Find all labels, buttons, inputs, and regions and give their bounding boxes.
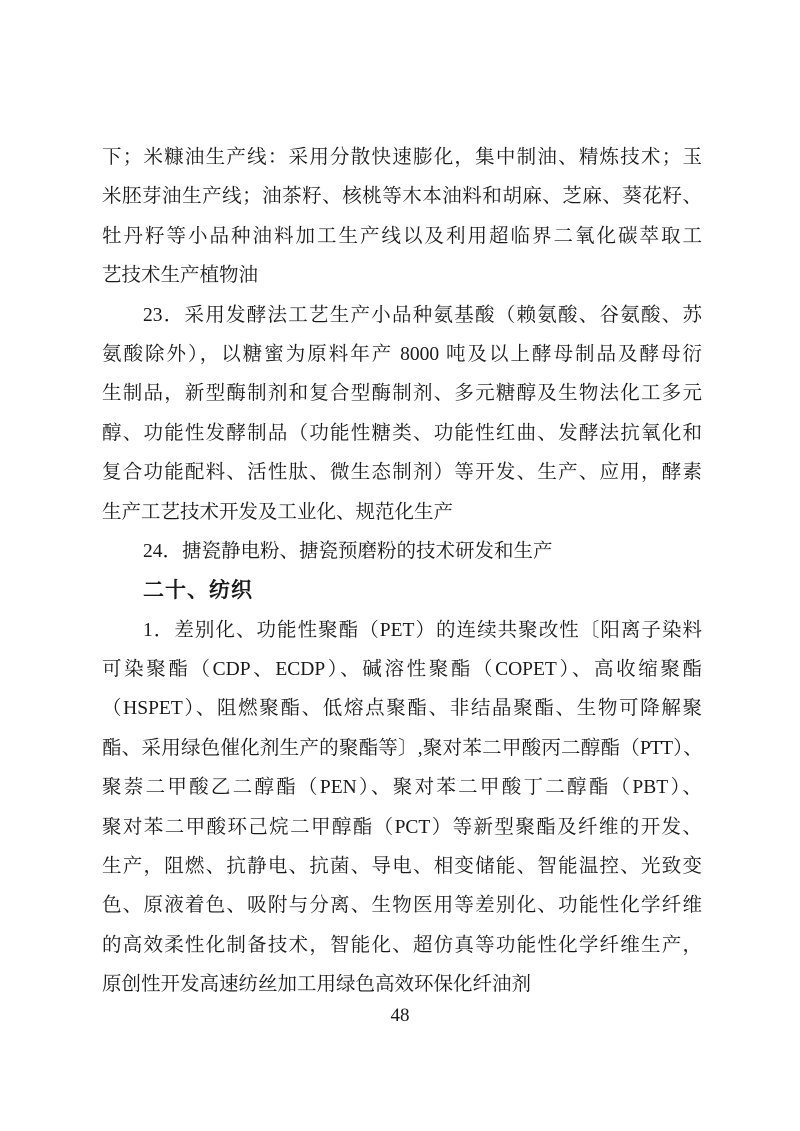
text-line: 米胚芽油生产线；油茶籽、核桃等木本油料和胡麻、芝麻、葵花籽、 xyxy=(102,177,702,216)
text-line: 生产工艺技术开发及工业化、规范化生产 xyxy=(102,493,702,532)
text-line: 醇、功能性发酵制品（功能性糖类、功能性红曲、发酵法抗氧化和 xyxy=(102,414,702,453)
text-line: 酯、采用绿色催化剂生产的聚酯等〕,聚对苯二甲酸丙二醇酯（PTT）、 xyxy=(102,729,702,768)
text-line: 原创性开发高速纺丝加工用绿色高效环保化纤油剂 xyxy=(102,965,702,1004)
text-line: 下；米糠油生产线：采用分散快速膨化，集中制油、精炼技术；玉 xyxy=(102,138,702,177)
text-line: 艺技术生产植物油 xyxy=(102,256,702,295)
paragraph-1-start: 1．差别化、功能性聚酯（PET）的连续共聚改性〔阳离子染料 xyxy=(102,611,702,650)
text-line: 复合功能配料、活性肽、微生态制剂）等开发、生产、应用，酵素 xyxy=(102,453,702,492)
text-line: 生产，阻燃、抗静电、抗菌、导电、相变储能、智能温控、光致变 xyxy=(102,847,702,886)
paragraph-24-start: 24．搪瓷静电粉、搪瓷预磨粉的技术研发和生产 xyxy=(102,532,702,571)
paragraph-23-start: 23．采用发酵法工艺生产小品种氨基酸（赖氨酸、谷氨酸、苏 xyxy=(102,296,702,335)
page-number: 48 xyxy=(0,1002,800,1030)
section-heading-textile: 二十、纺织 xyxy=(102,571,702,610)
text-line: 生制品，新型酶制剂和复合型酶制剂、多元糖醇及生物法化工多元 xyxy=(102,374,702,413)
text-line: 聚萘二甲酸乙二醇酯（PEN）、聚对苯二甲酸丁二醇酯（PBT）、 xyxy=(102,768,702,807)
text-line: 的高效柔性化制备技术，智能化、超仿真等功能性化学纤维生产， xyxy=(102,926,702,965)
text-line: 色、原液着色、吸附与分离、生物医用等差别化、功能性化学纤维 xyxy=(102,886,702,925)
body-text: 下；米糠油生产线：采用分散快速膨化，集中制油、精炼技术；玉 米胚芽油生产线；油茶… xyxy=(102,138,702,1005)
text-line: 聚对苯二甲酸环己烷二甲醇酯（PCT）等新型聚酯及纤维的开发、 xyxy=(102,808,702,847)
text-line: 可染聚酯（CDP、ECDP）、碱溶性聚酯（COPET）、高收缩聚酯 xyxy=(102,650,702,689)
text-line: 氨酸除外），以糖蜜为原料年产 8000 吨及以上酵母制品及酵母衍 xyxy=(102,335,702,374)
text-line: 牡丹籽等小品种油料加工生产线以及利用超临界二氧化碳萃取工 xyxy=(102,217,702,256)
document-page: 下；米糠油生产线：采用分散快速膨化，集中制油、精炼技术；玉 米胚芽油生产线；油茶… xyxy=(0,0,800,1131)
text-line: （HSPET）、阻燃聚酯、低熔点聚酯、非结晶聚酯、生物可降解聚 xyxy=(102,689,702,728)
